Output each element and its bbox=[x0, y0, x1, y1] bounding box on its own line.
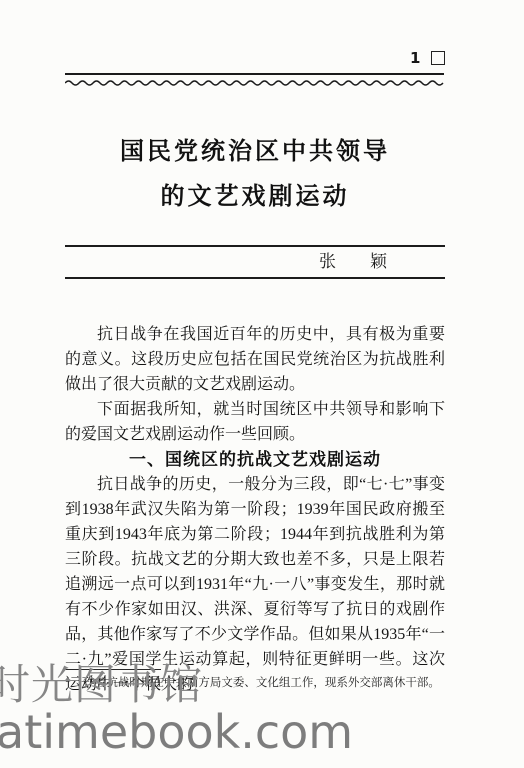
author-rule-bottom bbox=[65, 277, 445, 279]
watermark-url: atimebook.com bbox=[0, 705, 353, 759]
author-name: 张 颖 bbox=[65, 249, 445, 275]
article-body: 抗日战争在我国近百年的历史中，具有极为重要的意义。这段历史应包括在国民党统治区为… bbox=[65, 322, 445, 697]
section-heading: 一、国统区的抗战文艺戏剧运动 bbox=[65, 447, 445, 472]
book-page: 1 国民党统治区中共领导 的文艺戏剧运动 张 颖 抗日战争在我国近百年的历史中，… bbox=[0, 0, 524, 768]
article-title-line2: 的文艺戏剧运动 bbox=[65, 175, 445, 220]
article-title-line1: 国民党统治区中共领导 bbox=[65, 130, 445, 175]
author-rule-top bbox=[65, 245, 445, 247]
wavy-rule-icon bbox=[65, 78, 444, 86]
watermark-chinese: 时光图书馆 bbox=[0, 652, 203, 712]
paragraph-1: 抗日战争在我国近百年的历史中，具有极为重要的意义。这段历史应包括在国民党统治区为… bbox=[65, 322, 445, 397]
paragraph-2: 下面据我所知，就当时国统区中共领导和影响下的爱国文艺戏剧运动作一些回顾。 bbox=[65, 397, 445, 447]
header-rule bbox=[65, 73, 444, 75]
page-corner-box-icon bbox=[431, 51, 445, 65]
article-title: 国民党统治区中共领导 的文艺戏剧运动 bbox=[65, 130, 445, 220]
page-number: 1 bbox=[410, 49, 422, 67]
